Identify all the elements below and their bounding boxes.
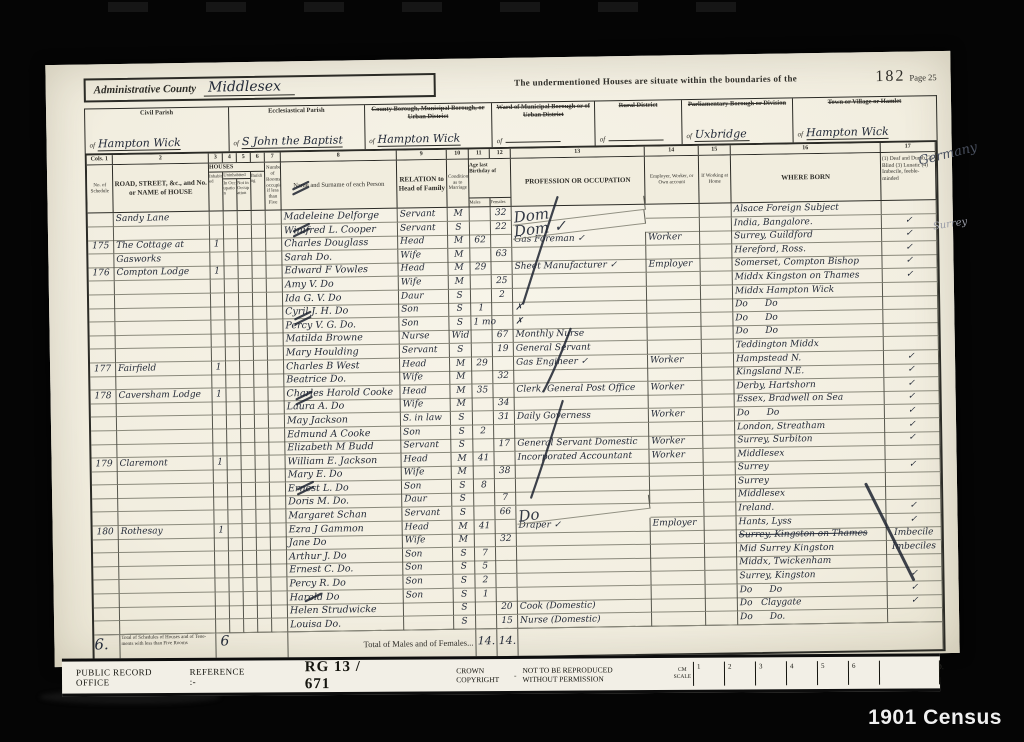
cell-age_f <box>491 261 512 275</box>
cell-age_m: 7 <box>475 547 496 561</box>
cell-rooms <box>266 251 282 265</box>
col-number: 4 <box>223 153 237 162</box>
cell-relation <box>404 602 454 617</box>
cell-age_m <box>473 411 494 425</box>
cell-rooms <box>269 442 285 456</box>
cell-inhabited <box>211 293 225 307</box>
cell-inhabited <box>214 483 228 497</box>
district-of: of <box>497 137 503 145</box>
district-col: County Borough, Municipal Borough, or Ur… <box>364 103 492 149</box>
cell-infirmity: ✓ <box>885 431 940 446</box>
reference-label: REFERENCE :- <box>190 667 245 687</box>
cell-cond: M <box>453 520 475 534</box>
totals-males-females-label: Total of Males and of Females... <box>288 630 476 660</box>
cell-u1 <box>227 456 241 470</box>
pro-reference-strip: PUBLIC RECORD OFFICE REFERENCE :- RG 13 … <box>62 653 940 696</box>
cell-home <box>705 543 737 558</box>
cell-schedule <box>91 444 117 458</box>
cell-home <box>704 502 736 517</box>
cell-u1 <box>230 605 244 619</box>
cell-rooms <box>271 577 287 591</box>
district-of: of <box>369 137 375 145</box>
cell-age_m <box>476 601 497 615</box>
cell-infirmity: ✓ <box>888 594 943 609</box>
cell-building <box>253 279 267 293</box>
cell-home <box>700 217 732 232</box>
col-number-value: 1 <box>105 156 108 162</box>
cell-rooms <box>267 319 283 333</box>
cell-inhabited <box>212 347 226 361</box>
col-number: 12 <box>490 149 511 158</box>
header-in-occupation-col: In Occupation <box>223 179 237 210</box>
cell-schedule <box>94 621 120 635</box>
cell-home <box>703 407 735 422</box>
cell-cond: S <box>448 221 470 235</box>
cell-cond: M <box>450 357 472 371</box>
cell-u1 <box>224 211 238 225</box>
cell-age_m <box>475 533 496 547</box>
cell-inhabited: 1 <box>212 388 226 402</box>
cell-u2 <box>243 578 257 592</box>
header-uninhabited-group: Uninhabited In Occupation Not in Occupat… <box>223 172 251 210</box>
cell-employer <box>646 204 700 219</box>
cell-age_f: 67 <box>493 329 514 343</box>
cell-schedule <box>90 349 116 363</box>
cell-relation: Son <box>403 561 453 576</box>
district-of: of <box>90 141 96 149</box>
form-frame: Administrative County Middlesex The unde… <box>84 65 946 636</box>
col-number: 8 <box>281 151 397 162</box>
district-label: Rural District <box>597 101 679 110</box>
cell-building <box>254 347 268 361</box>
district-value <box>505 141 560 143</box>
cell-home <box>700 244 732 259</box>
cell-rooms <box>270 496 286 510</box>
scale-mark: 2 <box>725 661 756 685</box>
cell-age_m: 1 mo <box>471 316 492 330</box>
cell-age_m <box>472 329 493 343</box>
cell-schedule <box>94 607 120 621</box>
census-table: Cols. 1234567891011121314151617 No. of S… <box>85 140 946 665</box>
cell-age_f: 32 <box>493 370 514 384</box>
cell-age_f: 63 <box>491 248 512 262</box>
cell-relation: Head <box>403 520 453 535</box>
cell-inhabited <box>216 606 230 620</box>
cell-infirmity: ✓ <box>886 513 941 528</box>
cell-infirmity: ✓ <box>884 363 939 378</box>
cell-u2 <box>238 211 252 225</box>
cell-home <box>706 598 738 613</box>
totals-females-value: 14. <box>497 629 518 656</box>
cell-age_f: 25 <box>492 275 513 289</box>
cell-building <box>255 442 269 456</box>
header-relation-col: RELATION to Head of Family <box>397 160 448 208</box>
cell-building <box>252 251 266 265</box>
district-of: of <box>686 132 692 140</box>
cell-u2 <box>240 360 254 374</box>
header-born-col: WHERE BORN <box>731 153 882 202</box>
cell-relation: Wife <box>401 398 451 413</box>
cell-building <box>257 523 271 537</box>
cell-age_f <box>493 356 514 370</box>
page-number: Page 25 <box>909 72 936 82</box>
cell-inhabited <box>214 510 228 524</box>
cell-relation: Head <box>400 385 450 400</box>
cell-home <box>704 489 736 504</box>
folio-value: 182 <box>875 68 905 85</box>
cell-rooms <box>268 360 284 374</box>
cell-cond: S <box>452 507 474 521</box>
cell-building <box>256 469 270 483</box>
cell-infirmity: Imbecile <box>887 526 942 541</box>
cell-rooms <box>270 509 286 523</box>
cell-schedule <box>92 512 118 526</box>
cell-employer <box>648 340 702 355</box>
cell-cond: M <box>451 452 473 466</box>
cell-age_m <box>474 493 495 507</box>
cell-schedule <box>90 335 116 349</box>
cell-u2 <box>242 510 256 524</box>
cell-rooms <box>267 306 283 320</box>
col-number: 3 <box>209 153 223 162</box>
col-number: 2 <box>113 154 209 165</box>
district-label: County Borough, Municipal Borough, or Ur… <box>367 104 490 122</box>
cell-inhabited <box>211 279 225 293</box>
cell-cond: S <box>451 411 473 425</box>
cell-building <box>254 360 268 374</box>
cell-cond: M <box>449 275 471 289</box>
cell-cond: S <box>450 343 472 357</box>
cell-relation: Servant <box>402 507 452 522</box>
admin-county-value: Middlesex <box>204 78 295 96</box>
cell-infirmity: ✓ <box>887 567 942 582</box>
cell-relation: Son <box>403 548 453 563</box>
cell-building <box>253 292 267 306</box>
cell-employer <box>647 272 701 287</box>
cell-employer: Worker <box>649 408 703 423</box>
cell-address <box>120 619 216 635</box>
cell-schedule <box>89 322 115 336</box>
cell-employer <box>650 489 704 504</box>
cell-home <box>700 203 732 218</box>
cell-age_f: 22 <box>491 220 512 234</box>
cell-age_m: 5 <box>475 561 496 575</box>
cell-age_f: 32 <box>496 533 517 547</box>
cm-scale-ruler: 123456 <box>693 660 940 686</box>
cell-home <box>703 421 735 436</box>
cell-rooms <box>271 523 287 537</box>
cell-infirmity: ✓ <box>884 377 939 392</box>
district-value <box>608 139 663 141</box>
cell-age_f: 20 <box>497 601 518 615</box>
cell-age_f: 2 <box>492 288 513 302</box>
cell-age_m <box>472 370 493 384</box>
cell-u2 <box>240 347 254 361</box>
cell-building <box>258 618 272 632</box>
header-schedule-col: No. of Schedule <box>87 165 114 212</box>
cell-age_f <box>493 384 514 398</box>
district-col: Parliamentary Borough or DivisionofUxbri… <box>681 98 793 144</box>
cell-employer: Worker <box>649 449 703 464</box>
cell-building <box>255 401 269 415</box>
cell-age_f: 66 <box>495 506 516 520</box>
cell-rooms <box>269 401 285 415</box>
cell-infirmity: ✓ <box>888 581 943 596</box>
cell-u2 <box>238 265 252 279</box>
cell-u1 <box>227 415 241 429</box>
cell-inhabited <box>216 592 230 606</box>
col-number: 17 <box>881 142 936 152</box>
cell-relation: Servant <box>398 208 448 223</box>
cell-employer: Worker <box>646 231 700 246</box>
census-sheet: Germany Surrey Administrative County Mid… <box>45 51 959 667</box>
cell-u1 <box>224 225 238 239</box>
cell-relation: Servant <box>401 439 451 454</box>
cell-cond: M <box>453 534 475 548</box>
cell-rooms <box>271 564 287 578</box>
cell-home <box>705 557 737 572</box>
cell-building <box>255 415 269 429</box>
cell-age_m <box>470 207 491 221</box>
cell-u1 <box>229 537 243 551</box>
col-number: 15 <box>699 145 731 155</box>
col-number: 7 <box>265 152 281 161</box>
cell-cond: S <box>453 561 475 575</box>
cell-u2 <box>241 428 255 442</box>
cell-home <box>704 516 736 531</box>
header-name-col: Name and Surname of each Person <box>281 161 398 210</box>
cell-building <box>253 319 267 333</box>
scale-mark: 5 <box>818 661 849 685</box>
cell-building <box>257 551 271 565</box>
cell-age_m: 2 <box>473 425 494 439</box>
crown-copyright-label: CROWN COPYRIGHT <box>456 666 508 684</box>
col-number: 10 <box>447 150 469 159</box>
cell-inhabited: 1 <box>210 239 224 253</box>
cell-cond: S <box>449 289 471 303</box>
cell-infirmity <box>888 608 943 623</box>
cell-age_m <box>473 397 494 411</box>
cell-relation: Servant <box>400 344 450 359</box>
cell-age_f: 19 <box>493 343 514 357</box>
district-label: Parliamentary Borough or Division <box>684 99 790 109</box>
cell-u1 <box>229 551 243 565</box>
cell-home <box>705 570 737 585</box>
cell-home <box>704 462 736 477</box>
cell-infirmity: ✓ <box>886 499 941 514</box>
cell-age_f <box>491 234 512 248</box>
cell-cond: S <box>449 316 471 330</box>
cell-age_m: 41 <box>475 520 496 534</box>
cell-schedule <box>91 417 117 431</box>
cell-inhabited: 1 <box>211 266 225 280</box>
header-building-col: Building <box>251 172 265 210</box>
cell-building <box>254 387 268 401</box>
cell-u2 <box>244 592 258 606</box>
cell-age_m: 1 <box>476 588 497 602</box>
cell-rooms <box>266 210 282 224</box>
scale-mark-empty <box>880 660 940 684</box>
record-office-label: PUBLIC RECORD OFFICE <box>76 667 156 687</box>
admin-county-label: Administrative County <box>94 83 197 97</box>
cell-rooms <box>266 265 282 279</box>
cell-employer <box>650 476 704 491</box>
district-col: Ward of Municipal Borough or of Urban Di… <box>491 102 595 148</box>
cell-u1 <box>228 469 242 483</box>
cell-building <box>255 428 269 442</box>
cell-inhabited <box>212 374 226 388</box>
folio-number: 182 Page 25 <box>875 65 936 86</box>
cell-u1 <box>229 565 243 579</box>
cell-cond: S <box>452 493 474 507</box>
cell-cond: S <box>453 547 475 561</box>
cell-schedule <box>93 566 119 580</box>
cell-age_m: 35 <box>472 384 493 398</box>
district-of: of <box>600 135 606 143</box>
cell-u1 <box>225 306 239 320</box>
cell-schedule <box>89 308 115 322</box>
cell-u1 <box>225 320 239 334</box>
cell-cond: M <box>448 248 470 262</box>
cell-cond: S <box>454 602 476 616</box>
cell-home <box>704 475 736 490</box>
cell-schedule <box>89 281 115 295</box>
cell-inhabited <box>213 415 227 429</box>
cell-rooms <box>267 292 283 306</box>
reference-value: RG 13 / 671 <box>305 659 367 693</box>
cell-relation: Wife <box>402 466 452 481</box>
district-label: Town or Village or Hamlet <box>795 97 934 107</box>
cell-inhabited <box>213 442 227 456</box>
cell-age_f <box>497 587 518 601</box>
cell-relation: Son <box>402 480 452 495</box>
cell-u1 <box>226 347 240 361</box>
cell-u2 <box>242 496 256 510</box>
cell-relation: Son <box>399 317 449 332</box>
cell-relation: Son <box>401 425 451 440</box>
cell-rooms <box>272 618 288 632</box>
cell-home <box>703 434 735 449</box>
cell-relation: Son <box>404 588 454 603</box>
cell-schedule <box>93 553 119 567</box>
cell-schedule <box>90 376 116 390</box>
header-houses-group: HOUSES Inhabited Uninhabited In Occupati… <box>209 163 266 211</box>
header-road-col: ROAD, STREET, &c., and No. or NAME of HO… <box>113 164 210 213</box>
cell-home <box>702 366 734 381</box>
cell-inhabited <box>213 402 227 416</box>
col-number: 6 <box>251 153 265 162</box>
cell-employer <box>651 571 705 586</box>
cell-relation: Head <box>401 453 451 468</box>
cell-building <box>255 455 269 469</box>
cell-u2 <box>243 524 257 538</box>
cell-relation: Head <box>398 235 448 250</box>
cell-u1 <box>228 510 242 524</box>
cell-inhabited <box>210 211 224 225</box>
header-rooms-col: Number of Rooms occupied if less than Fi… <box>265 162 282 209</box>
cell-inhabited: 1 <box>212 361 226 375</box>
cell-building <box>258 605 272 619</box>
cell-employer <box>651 557 705 572</box>
cell-u1 <box>227 401 241 415</box>
cell-u2 <box>239 279 253 293</box>
cell-schedule <box>88 254 114 268</box>
administrative-county-box: Administrative County Middlesex <box>84 73 436 103</box>
cell-inhabited <box>215 565 229 579</box>
cell-employer <box>649 421 703 436</box>
cell-infirmity <box>884 336 939 351</box>
cell-schedule <box>88 227 114 241</box>
cell-employer <box>652 598 706 613</box>
cell-rooms <box>266 238 282 252</box>
cell-age_f <box>492 302 513 316</box>
totals-males-value: 14. <box>476 630 497 657</box>
cell-employer <box>648 367 702 382</box>
cell-u2 <box>242 469 256 483</box>
cell-home <box>700 231 732 246</box>
district-value: S John the Baptist <box>242 133 343 149</box>
cell-schedule <box>89 295 115 309</box>
cell-u1 <box>228 497 242 511</box>
cell-u2 <box>241 442 255 456</box>
cell-employer <box>652 612 706 627</box>
cell-inhabited <box>211 307 225 321</box>
cell-relation: Daur <box>402 493 452 508</box>
cell-home <box>703 448 735 463</box>
district-value: Hampton Wick <box>377 132 460 147</box>
cell-rooms <box>269 428 285 442</box>
district-label: Civil Parish <box>87 108 226 118</box>
cell-rooms <box>268 333 284 347</box>
cell-building <box>256 496 270 510</box>
cell-schedule: 178 <box>90 390 116 404</box>
cell-relation <box>404 616 454 631</box>
cell-schedule: 176 <box>89 267 115 281</box>
cell-u2 <box>243 551 257 565</box>
cell-inhabited <box>215 551 229 565</box>
cell-age_m: 8 <box>474 479 495 493</box>
cell-employer <box>646 245 700 260</box>
cell-rooms <box>268 374 284 388</box>
cell-u2 <box>241 415 255 429</box>
cell-cond: S <box>454 615 476 629</box>
cell-cond: S <box>452 479 474 493</box>
col-number: 9 <box>397 150 447 160</box>
cell-home <box>701 271 733 286</box>
cell-age_m: 2 <box>475 574 496 588</box>
scan-artifacts-top <box>108 2 736 12</box>
cell-age_m <box>474 465 495 479</box>
cell-building <box>252 224 266 238</box>
cell-inhabited <box>215 578 229 592</box>
cell-home <box>702 353 734 368</box>
cell-rooms <box>269 455 285 469</box>
cell-age_f: 17 <box>494 438 515 452</box>
cell-infirmity <box>887 554 942 569</box>
cell-infirmity: ✓ <box>882 241 937 256</box>
cell-inhabited <box>214 470 228 484</box>
cell-u2 <box>238 252 252 266</box>
cell-home <box>702 380 734 395</box>
cell-rooms <box>271 550 287 564</box>
cell-infirmity <box>885 445 940 460</box>
cell-u1 <box>228 483 242 497</box>
cell-schedule <box>92 499 118 513</box>
cell-employer <box>652 584 706 599</box>
cell-employer: Employer <box>646 258 700 273</box>
cell-age_m <box>473 438 494 452</box>
cell-building <box>254 333 268 347</box>
